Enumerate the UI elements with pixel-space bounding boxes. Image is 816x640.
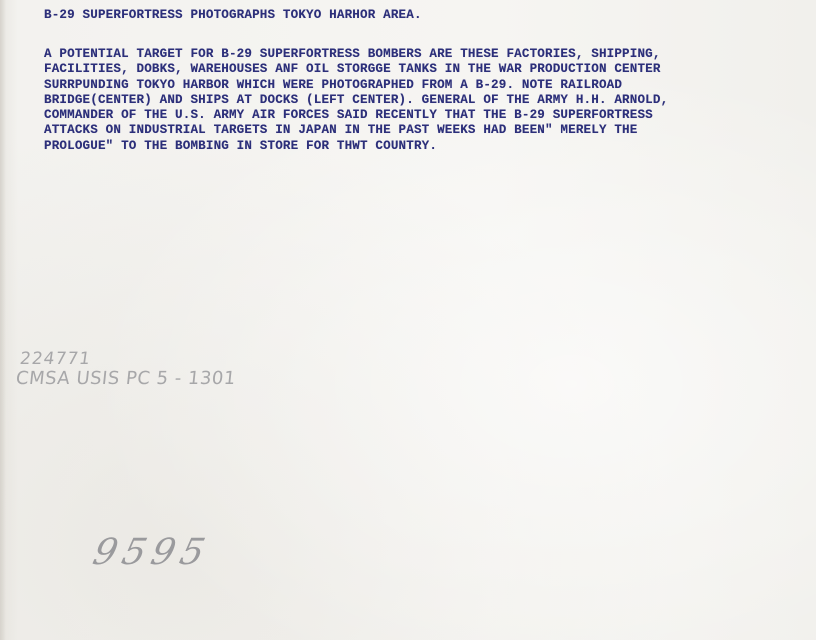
handwritten-catalog-number: 224771	[19, 349, 93, 369]
caption-line: BRIDGE(CENTER) AND SHIPS AT DOCKS (LEFT …	[44, 93, 668, 108]
caption-line: COMMANDER OF THE U.S. ARMY AIR FORCES SA…	[44, 108, 668, 123]
caption-line: ATTACKS ON INDUSTRIAL TARGETS IN JAPAN I…	[44, 123, 668, 138]
caption-line: A POTENTIAL TARGET FOR B-29 SUPERFORTRES…	[44, 47, 668, 62]
caption-body: A POTENTIAL TARGET FOR B-29 SUPERFORTRES…	[44, 47, 668, 154]
document-page: B-29 SUPERFORTRESS PHOTOGRAPHS TOKYO HAR…	[0, 0, 816, 640]
caption-line: SURRPUNDING TOKYO HARBOR WHICH WERE PHOT…	[44, 78, 668, 93]
handwritten-archive-code: CMSA USIS PC 5 - 1301	[15, 368, 237, 389]
caption-line: PROLOGUE" TO THE BOMBING IN STORE FOR TH…	[44, 139, 668, 154]
paper-edge	[0, 0, 6, 640]
handwritten-large-number: 9595	[89, 532, 215, 573]
caption-line: FACILITIES, DOBKS, WAREHOUSES ANF OIL ST…	[44, 62, 668, 77]
document-headline: B-29 SUPERFORTRESS PHOTOGRAPHS TOKYO HAR…	[44, 8, 422, 22]
